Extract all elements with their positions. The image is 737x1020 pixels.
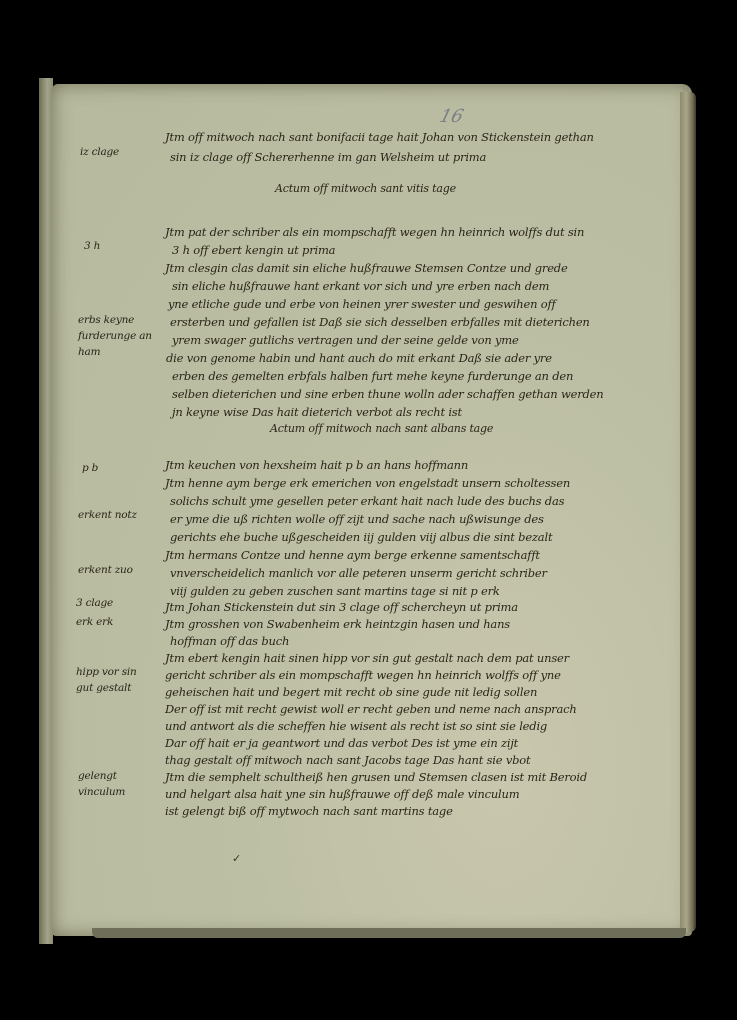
text-line: thag gestalt off mitwoch nach sant Jacob… — [165, 753, 530, 767]
text-line: viij gulden zu geben zuschen sant martin… — [170, 584, 500, 598]
text-line: und helgart alsa hait yne sin hußfrauwe … — [165, 787, 519, 801]
text-line: die von genome habin und hant auch do mi… — [166, 351, 552, 365]
text-line: gerichts ehe buche ußgescheiden iij guld… — [170, 530, 552, 544]
text-line: geheischen hait und begert mit recht ob … — [165, 685, 537, 699]
margin-note: erkent notz — [78, 509, 137, 521]
text-line: selben dieterichen und sine erben thune … — [172, 387, 603, 401]
text-line: Jtm clesgin clas damit sin eliche hußfra… — [165, 261, 568, 275]
text-line: hoffman off das buch — [170, 634, 289, 648]
text-line: Dar off hait er ja geantwort und das ver… — [165, 736, 518, 750]
text-line: Jtm off mitwoch nach sant bonifacii tage… — [165, 130, 594, 144]
margin-note: erkent zuo — [78, 564, 133, 576]
text-line: solichs schult yme gesellen peter erkant… — [170, 494, 564, 508]
text-line: und antwort als die scheffen hie wisent … — [165, 719, 547, 733]
text-line: ist gelengt biß off mytwoch nach sant ma… — [165, 804, 453, 818]
text-line: vnverscheidelich manlich vor alle petere… — [170, 566, 547, 580]
text-line: yrem swager gutlichs vertragen und der s… — [172, 333, 519, 347]
text-line: Jtm grosshen von Swabenheim erk heintzgi… — [165, 617, 510, 631]
text-line: Jtm henne aym berge erk emerichen von en… — [165, 476, 570, 490]
text-line: Jtm Johan Stickenstein dut sin 3 clage o… — [165, 600, 518, 614]
check-mark-icon: ✓ — [232, 852, 241, 865]
text-line: ersterben und gefallen ist Daß sie sich … — [170, 315, 590, 329]
margin-note: erk erk — [76, 616, 113, 628]
text-line: yne etliche gude und erbe von heinen yre… — [168, 297, 556, 311]
margin-note: 3 h — [84, 240, 100, 252]
margin-note: gelengt vinculum — [78, 768, 148, 800]
text-line: gericht schriber als ein mompschafft weg… — [165, 668, 561, 682]
text-line: Jtm pat der schriber als ein mompschafft… — [165, 225, 584, 239]
text-line: Jtm keuchen von hexsheim hait p b an han… — [165, 458, 468, 472]
text-line: Der off ist mit recht gewist woll er rec… — [165, 702, 577, 716]
section-heading: Actum off mitwoch sant vitis tage — [275, 182, 456, 195]
page-edge-right — [680, 92, 696, 932]
page-bottom-edge — [92, 928, 686, 938]
margin-note: erbs keyne furderunge an ham — [78, 312, 156, 360]
margin-note: p b — [82, 462, 98, 474]
text-line: Jtm ebert kengin hait sinen hipp vor sin… — [165, 651, 569, 665]
text-line: Jtm hermans Contze und henne aym berge e… — [165, 548, 540, 562]
text-line: Jtm die semphelt schultheiß hen grusen u… — [165, 770, 587, 784]
text-line: er yme die uß richten wolle off zijt und… — [170, 512, 544, 526]
section-heading: Actum off mitwoch nach sant albans tage — [270, 422, 493, 435]
text-line: sin eliche hußfrauwe hant erkant vor sic… — [172, 279, 549, 293]
text-line: sin iz clage off Schererhenne im gan Wel… — [170, 150, 486, 164]
text-line: erben des gemelten erbfals halben furt m… — [172, 369, 573, 383]
text-line: jn keyne wise Das hait dieterich verbot … — [172, 405, 462, 419]
text-line: 3 h off ebert kengin ut prima — [172, 243, 335, 257]
book-spine-left — [39, 78, 53, 944]
margin-note: hipp vor sin gut gestalt — [76, 664, 154, 696]
margin-note: 3 clage — [76, 597, 113, 609]
margin-note: iz clage — [80, 146, 119, 158]
